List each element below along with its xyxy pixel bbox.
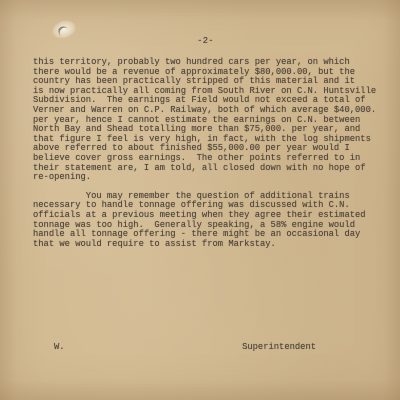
signature-row: W. Superintendent xyxy=(54,342,316,352)
letter-body: this territory, probably two hundred car… xyxy=(33,58,381,249)
signature-title: Superintendent xyxy=(242,342,316,352)
text-line: re-opening. xyxy=(33,173,381,183)
page-number: -2- xyxy=(33,36,378,46)
scanned-letter-page: -2- this territory, probably two hundred… xyxy=(0,0,400,400)
signature-initial: W. xyxy=(54,342,65,352)
paragraph-territory-revenue: this territory, probably two hundred car… xyxy=(33,58,381,183)
paragraph-additional-trains: You may remember the question of additio… xyxy=(33,192,381,250)
text-line: that we would require to assist from Mar… xyxy=(33,240,381,250)
